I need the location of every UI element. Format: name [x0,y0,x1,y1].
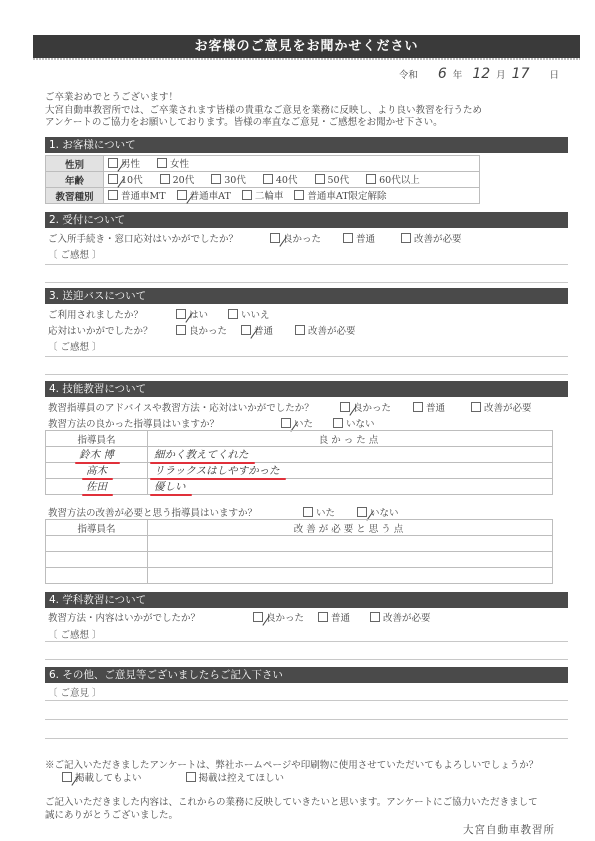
option-label: 改善が必要 [484,400,532,414]
instructor-name-cell[interactable] [46,568,148,584]
instructor-name-cell[interactable]: 高木 [46,463,148,479]
option-50s[interactable]: 50代 [315,172,350,186]
reception-comment-line[interactable] [45,264,568,265]
gender-label: 性別 [46,156,104,172]
checkbox-checked-icon[interactable] [281,418,291,428]
thanks-line: 誠にありがとうございました。 [45,809,538,822]
good-point: 細かく教えてくれた [154,447,249,462]
option-label: いない [346,416,375,430]
bus-comment-line[interactable] [45,356,568,357]
checkbox-checked-icon[interactable] [108,174,118,184]
good-instructor-question: 教習方法の良かった指導員はいますか？ [48,416,281,430]
date-month-input[interactable]: 12 [472,66,490,82]
option-average[interactable]: 普通 [241,323,273,337]
bus-comment-label: 〔 ご感想 〕 [48,339,102,353]
option-publish-decline[interactable]: 掲載は控えてほしい [186,770,285,784]
gender-options: 男性 女性 [104,156,480,172]
option-label: 60代以上 [379,172,420,186]
checkbox-icon[interactable] [176,325,186,335]
publish-options: 掲載してもよい 掲載は控えてほしい [62,770,284,784]
title-divider [33,58,580,60]
checkbox-icon[interactable] [413,402,423,412]
checkbox-icon[interactable] [366,174,376,184]
column-header-good-points: 良かった点 [148,431,553,447]
option-label: 改善が必要 [414,231,462,245]
other-comment-label: 〔 ご意見 〕 [48,685,102,699]
thanks-text: ご記入いただきました内容は、これからの業務に反映していきたいと思います。アンケー… [45,796,538,822]
option-average[interactable]: 普通 [413,400,445,414]
option-label: 改善が必要 [383,610,431,624]
section-header-shuttle-bus: 3. 送迎バスについて [45,288,568,304]
intro-line: アンケートのご協力をお願いしております。皆様の率直なご意見・ご感想をお聞かせ下さ… [45,117,482,130]
checkbox-checked-icon[interactable] [270,233,280,243]
option-60s-plus[interactable]: 60代以上 [366,172,420,186]
good-point-cell[interactable]: リラックスはしやすかった [148,463,553,479]
option-motorcycle[interactable]: 二輪車 [242,188,284,202]
age-label: 年齢 [46,172,104,188]
option-label: いない [370,505,399,519]
improve-point-cell[interactable] [148,552,553,568]
checkbox-icon[interactable] [263,174,273,184]
checkbox-icon[interactable] [295,325,305,335]
improve-instructor-row: 教習方法の改善が必要と思う指導員はいますか？ いた いない [48,505,399,519]
course-label: 教習種別 [46,188,104,204]
instructor-name: 佐田 [86,479,107,494]
intro-line: 大宮自動車教習所では、ご卒業されます皆様の貴重なご意見を業務に反映し、より良い教… [45,105,482,118]
reception-comment-label: 〔 ご感想 〕 [48,247,102,261]
improve-point-cell[interactable] [148,568,553,584]
other-comment-line[interactable] [45,700,568,701]
academic-comment-label: 〔 ご感想 〕 [48,627,102,641]
option-yes[interactable]: いた [281,416,313,430]
section-header-customer: 1. お客様について [45,137,568,153]
form-title: お客様のご意見をお聞かせください [33,35,580,58]
option-label: 普通 [331,610,350,624]
option-label: 普通車AT [190,188,231,202]
table-row-gender: 性別 男性 女性 [46,156,480,172]
option-label: 良かった [266,610,304,624]
option-no[interactable]: いいえ [228,307,270,321]
school-signature: 大宮自動車教習所 [463,822,555,837]
checkbox-icon[interactable] [401,233,411,243]
checkbox-icon[interactable] [333,418,343,428]
table-row: 鈴木 博 細かく教えてくれた [46,447,553,463]
option-label: 二輪車 [255,188,284,202]
option-average[interactable]: 普通 [343,231,375,245]
table-row-course: 教習種別 普通車MT 普通車AT 二輪車 普通車AT限定解除 [46,188,480,204]
date-era: 令和 [399,67,418,81]
section-header-reception: 2. 受付について [45,212,568,228]
course-options: 普通車MT 普通車AT 二輪車 普通車AT限定解除 [104,188,480,204]
bus-used-question: ご利用されましたか？ [48,307,176,321]
instructor-name-cell[interactable]: 佐田 [46,479,148,495]
option-label: 良かった [283,231,321,245]
bus-service-row: 応対はいかがでしたか？ 良かった 普通 改善が必要 [48,323,356,337]
option-needs-improvement[interactable]: 改善が必要 [370,610,431,624]
option-publish-ok[interactable]: 掲載してもよい [62,770,142,784]
option-label: 女性 [170,156,189,170]
option-no[interactable]: いない [357,505,399,519]
option-average[interactable]: 普通 [318,610,350,624]
column-header-instructor: 指導員名 [46,431,148,447]
section-header-other-comments: 6. その他、ご意見等ございましたらご記入下さい [45,667,568,683]
option-at[interactable]: 普通車AT [177,188,231,202]
date-year-input[interactable]: 6 [438,66,447,82]
option-40s[interactable]: 40代 [263,172,298,186]
instructor-advice-question: 教習指導員のアドバイスや教習方法・応対はいかがでしたか？ [48,400,340,414]
option-label: 20代 [173,172,195,186]
good-point-cell[interactable]: 細かく教えてくれた [148,447,553,463]
column-header-instructor: 指導員名 [46,520,148,536]
instructor-advice-row: 教習指導員のアドバイスや教習方法・応対はいかがでしたか？ 良かった 普通 改善が… [48,400,532,414]
checkbox-checked-icon[interactable] [253,612,263,622]
section-header-academic-lessons: 4. 学科教習について [45,592,568,608]
checkbox-icon[interactable] [228,309,238,319]
checkbox-checked-icon[interactable] [357,507,367,517]
table-header-row: 指導員名 改善が必要と思う点 [46,520,553,536]
other-comment-line[interactable] [45,719,568,720]
checkbox-icon[interactable] [160,174,170,184]
checkbox-icon[interactable] [370,612,380,622]
option-label: 普通車MT [121,188,166,202]
option-label: 40代 [276,172,298,186]
instructor-name: 鈴木 博 [79,447,114,462]
checkbox-icon[interactable] [294,190,304,200]
customer-info-table: 性別 男性 女性 年齢 10代 20代 30代 40代 50代 60代以上 教習… [45,155,480,204]
option-label: 30代 [224,172,246,186]
good-instructor-table: 指導員名 良かった点 鈴木 博 細かく教えてくれた 高木 リラックスはしやすかっ… [45,430,553,495]
checkbox-icon[interactable] [303,507,313,517]
improve-instructor-table: 指導員名 改善が必要と思う点 [45,519,553,584]
option-label: 普通車AT限定解除 [307,188,386,202]
option-needs-improvement[interactable]: 改善が必要 [401,231,462,245]
option-label: 普通 [426,400,445,414]
other-comment-line[interactable] [45,738,568,739]
checkbox-checked-icon[interactable] [340,402,350,412]
option-good[interactable]: 良かった [253,610,304,624]
reception-question: ご入所手続き・窓口応対はいかがでしたか？ [48,231,270,245]
checkbox-icon[interactable] [343,233,353,243]
reception-question-row: ご入所手続き・窓口応対はいかがでしたか？ 良かった 普通 改善が必要 [48,231,462,245]
option-at-limit-removal[interactable]: 普通車AT限定解除 [294,188,386,202]
checkbox-icon[interactable] [471,402,481,412]
option-label: いいえ [241,307,270,321]
table-row-age: 年齢 10代 20代 30代 40代 50代 60代以上 [46,172,480,188]
table-row: 高木 リラックスはしやすかった [46,463,553,479]
option-good[interactable]: 良かった [176,323,227,337]
checkbox-icon[interactable] [108,190,118,200]
option-good[interactable]: 良かった [340,400,391,414]
reception-comment-line[interactable] [45,282,568,283]
academic-question-row: 教習方法・内容はいかがでしたか？ 良かった 普通 改善が必要 [48,610,431,624]
option-label: いた [316,505,335,519]
option-label: 掲載してもよい [75,770,142,784]
date-field: 令和 6 年 12 月 17 日 [399,66,559,82]
option-needs-improvement[interactable]: 改善が必要 [295,323,356,337]
checkbox-icon[interactable] [318,612,328,622]
instructor-name-cell[interactable] [46,552,148,568]
table-row: 佐田 優しい [46,479,553,495]
good-point-cell[interactable]: 優しい [148,479,553,495]
checkbox-icon[interactable] [186,772,196,782]
bus-used-row: ご利用されましたか？ はい いいえ [48,307,270,321]
option-label: 50代 [328,172,350,186]
improve-instructor-question: 教習方法の改善が必要と思う指導員はいますか？ [48,505,303,519]
academic-comment-line[interactable] [45,641,568,642]
column-header-improve-points: 改善が必要と思う点 [148,520,553,536]
checkbox-checked-icon[interactable] [108,158,118,168]
thanks-line: ご記入いただきました内容は、これからの業務に反映していきたいと思います。アンケー… [45,796,538,809]
improve-point-cell[interactable] [148,536,553,552]
option-label: 普通 [356,231,375,245]
bus-comment-line[interactable] [45,374,568,375]
checkbox-checked-icon[interactable] [62,772,72,782]
checkbox-icon[interactable] [242,190,252,200]
option-label: 掲載は控えてほしい [199,770,285,784]
instructor-name-cell[interactable]: 鈴木 博 [46,447,148,463]
table-row [46,568,553,584]
option-label: 良かった [353,400,391,414]
option-mt[interactable]: 普通車MT [108,188,166,202]
publish-question: ※ご記入いただきましたアンケートは、弊社ホームページや印刷物に使用させていただい… [45,757,538,771]
option-30s[interactable]: 30代 [211,172,246,186]
option-needs-improvement[interactable]: 改善が必要 [471,400,532,414]
option-10s[interactable]: 10代 [108,172,143,186]
good-instructor-row: 教習方法の良かった指導員はいますか？ いた いない [48,416,375,430]
option-20s[interactable]: 20代 [160,172,195,186]
age-options: 10代 20代 30代 40代 50代 60代以上 [104,172,480,188]
option-label: 良かった [189,323,227,337]
intro-text: ご卒業おめでとうございます！ 大宮自動車教習所では、ご卒業されます皆様の貴重なご… [45,92,482,130]
option-female[interactable]: 女性 [157,156,189,170]
option-yes[interactable]: はい [176,307,208,321]
checkbox-icon[interactable] [211,174,221,184]
checkbox-checked-icon[interactable] [176,309,186,319]
good-point: 優しい [154,479,186,494]
date-day-unit: 日 [549,67,559,81]
checkbox-checked-icon[interactable] [241,325,251,335]
instructor-name-cell[interactable] [46,536,148,552]
table-header-row: 指導員名 良かった点 [46,431,553,447]
date-month-unit: 月 [496,67,506,81]
academic-question: 教習方法・内容はいかがでしたか？ [48,610,253,624]
section-header-driving-lessons: 4. 技能教習について [45,381,568,397]
bus-service-question: 応対はいかがでしたか？ [48,323,176,337]
option-yes[interactable]: いた [303,505,335,519]
table-row [46,536,553,552]
option-no[interactable]: いない [333,416,375,430]
option-label: 改善が必要 [308,323,356,337]
checkbox-icon[interactable] [315,174,325,184]
good-point: リラックスはしやすかった [154,463,280,478]
instructor-name: 高木 [86,463,107,478]
option-good[interactable]: 良かった [270,231,321,245]
date-year-unit: 年 [453,67,463,81]
checkbox-icon[interactable] [157,158,167,168]
checkbox-checked-icon[interactable] [177,190,187,200]
intro-line: ご卒業おめでとうございます！ [45,92,482,105]
academic-comment-line[interactable] [45,659,568,660]
table-row [46,552,553,568]
date-day-input[interactable]: 17 [512,66,530,82]
option-male[interactable]: 男性 [108,156,140,170]
